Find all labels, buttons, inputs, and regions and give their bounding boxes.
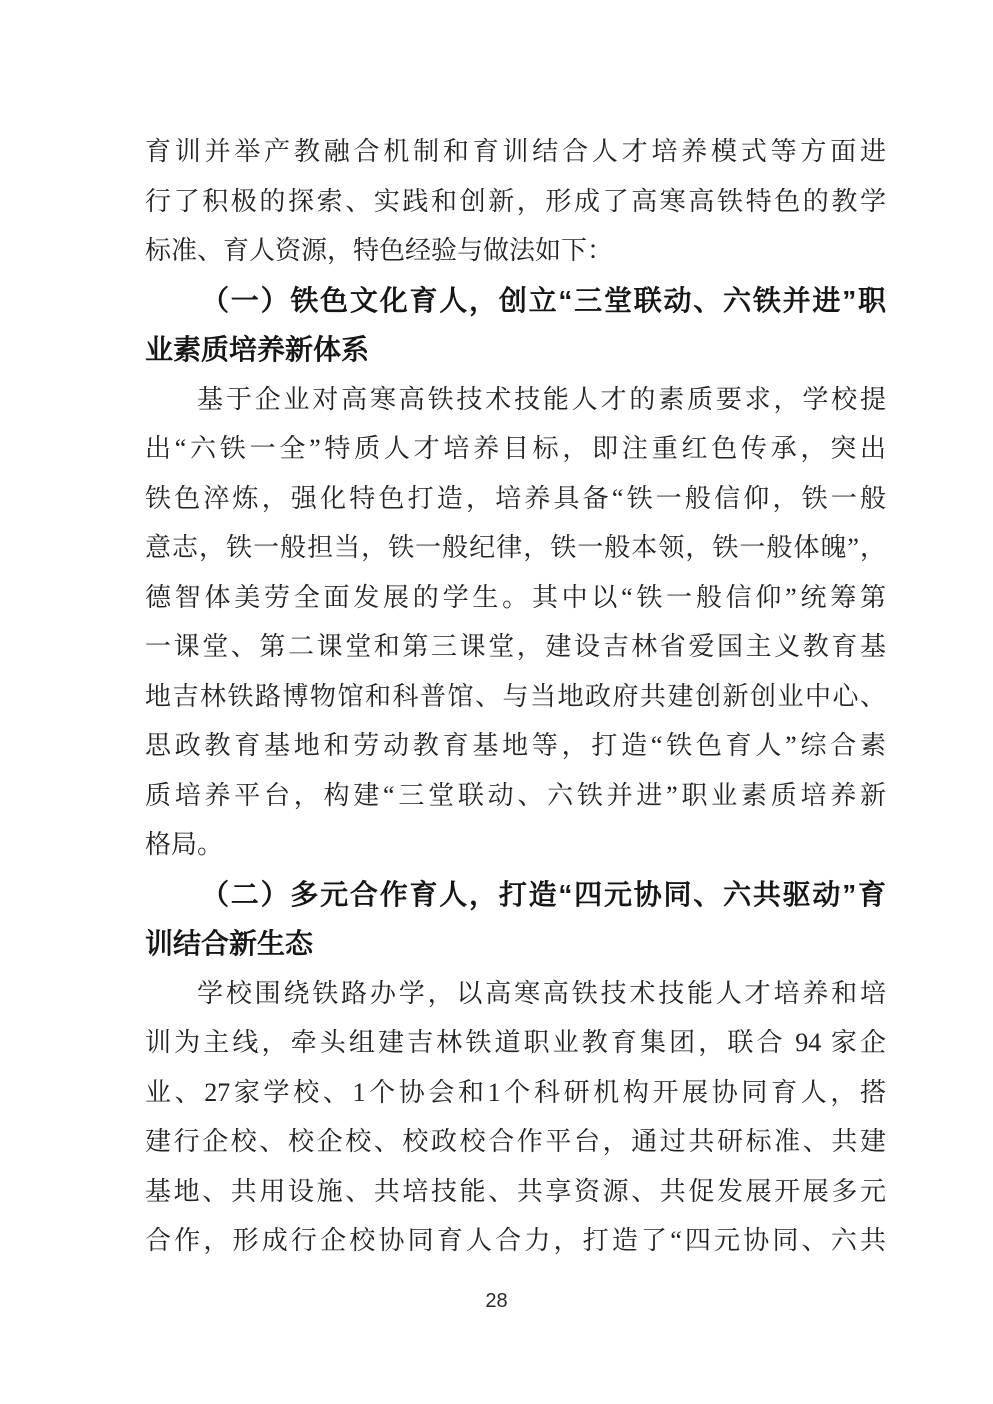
text-line: 铁色淬炼，强化特色打造，培养具备“铁一般信仰，铁一般 <box>145 474 886 524</box>
page-number: 28 <box>0 1290 993 1313</box>
text-line: 育训并举产教融合机制和育训结合人才培养模式等方面进 <box>145 127 886 177</box>
section-heading: （一）铁色文化育人，创立“三堂联动、六铁并进”职业素质培养新体系 <box>145 276 886 375</box>
paragraph: 基于企业对高寒高铁技术技能人才的素质要求，学校提出“六铁一全”特质人才培养目标，… <box>145 375 886 870</box>
text-line: 建行企校、校企校、校政校合作平台，通过共研标准、共建 <box>145 1117 886 1167</box>
text-line: 训为主线，牵头组建吉林铁道职业教育集团，联合 94 家企 <box>145 1018 886 1068</box>
text-line: 基地、共用设施、共培技能、共享资源、共促发展开展多元 <box>145 1167 886 1217</box>
paragraph: 学校围绕铁路办学，以高寒高铁技术技能人才培养和培训为主线，牵头组建吉林铁道职业教… <box>145 969 886 1266</box>
text-line: 思政教育基地和劳动教育基地等，打造“铁色育人”综合素 <box>145 721 886 771</box>
document-page: 育训并举产教融合机制和育训结合人才培养模式等方面进行了积极的探索、实践和创新，形… <box>0 0 993 1404</box>
text-line: 德智体美劳全面发展的学生。其中以“铁一般信仰”统筹第 <box>145 573 886 623</box>
text-line: 合作，形成行企校协同育人合力，打造了“四元协同、六共 <box>145 1216 886 1266</box>
text-line: 标准、育人资源，特色经验与做法如下： <box>145 226 886 276</box>
text-line: 训结合新生态 <box>145 919 886 969</box>
text-line: 业、27家学校、1个协会和1个科研机构开展协同育人，搭 <box>145 1068 886 1118</box>
section-heading: （二）多元合作育人，打造“四元协同、六共驱动”育训结合新生态 <box>145 870 886 969</box>
text-line: （二）多元合作育人，打造“四元协同、六共驱动”育 <box>145 870 886 920</box>
text-line: （一）铁色文化育人，创立“三堂联动、六铁并进”职 <box>145 276 886 326</box>
text-line: 意志，铁一般担当，铁一般纪律，铁一般本领，铁一般体魄”， <box>145 523 886 573</box>
text-line: 行了积极的探索、实践和创新，形成了高寒高铁特色的教学 <box>145 177 886 227</box>
text-line: 一课堂、第二课堂和第三课堂，建设吉林省爱国主义教育基 <box>145 622 886 672</box>
document-content: 育训并举产教融合机制和育训结合人才培养模式等方面进行了积极的探索、实践和创新，形… <box>145 127 886 1266</box>
paragraph: 育训并举产教融合机制和育训结合人才培养模式等方面进行了积极的探索、实践和创新，形… <box>145 127 886 276</box>
text-line: 格局。 <box>145 820 886 870</box>
text-line: 出“六铁一全”特质人才培养目标，即注重红色传承，突出 <box>145 424 886 474</box>
text-line: 地吉林铁路博物馆和科普馆、与当地政府共建创新创业中心、 <box>145 672 886 722</box>
text-line: 质培养平台，构建“三堂联动、六铁并进”职业素质培养新 <box>145 771 886 821</box>
text-line: 基于企业对高寒高铁技术技能人才的素质要求，学校提 <box>145 375 886 425</box>
text-line: 学校围绕铁路办学，以高寒高铁技术技能人才培养和培 <box>145 969 886 1019</box>
text-line: 业素质培养新体系 <box>145 325 886 375</box>
